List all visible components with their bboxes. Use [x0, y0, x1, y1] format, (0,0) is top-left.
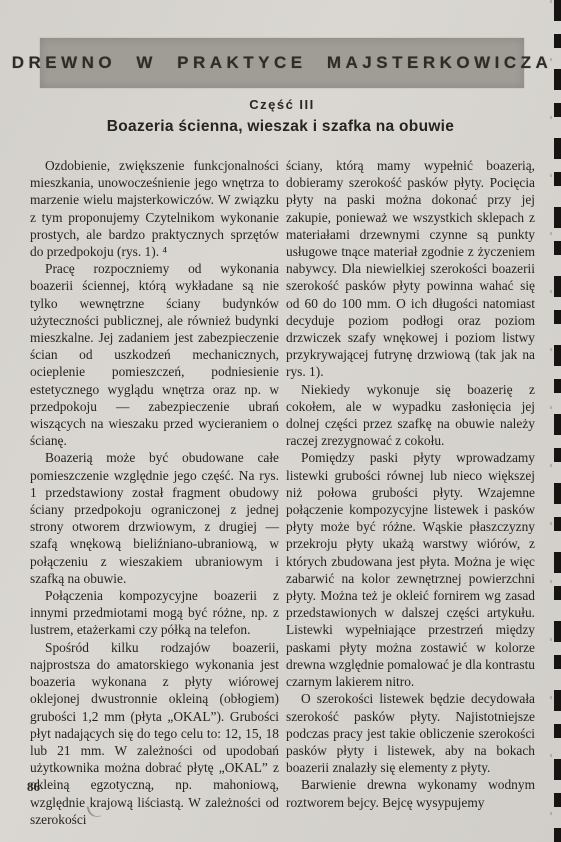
paragraph: Boazerią może być obudowane całe pomiesz…	[30, 449, 279, 587]
magazine-page: DREWNO W PRAKTYCE MAJSTERKOWICZA Część I…	[0, 0, 561, 842]
paragraph: Ozdobienie, zwiększenie funkcjonalności …	[30, 157, 279, 260]
section-banner-title: DREWNO W PRAKTYCE MAJSTERKOWICZA	[12, 53, 553, 73]
paragraph: Pracę rozpoczniemy od wykonania boazerii…	[30, 260, 279, 449]
part-label: Część III	[40, 97, 524, 112]
scan-edge-ticks	[550, 0, 552, 842]
right-column: ściany, którą mamy wypełnić boazerią, do…	[286, 157, 535, 811]
paragraph: Niekiedy wykonuje się boazerię z cokołem…	[286, 381, 535, 450]
film-edge-marks	[554, 0, 561, 842]
paragraph: Pomiędzy paski płyty wprowadzamy listewk…	[286, 449, 535, 690]
paragraph: Spośród kilku rodzajów boazerii, najpros…	[30, 639, 279, 828]
paragraph: O szerokości listewek będzie decydowała …	[286, 690, 535, 776]
paragraph: Połączenia kompozycyjne boazerii z innym…	[30, 587, 279, 639]
left-column: Ozdobienie, zwiększenie funkcjonalności …	[30, 157, 279, 828]
paragraph: Barwienie drewna wykonamy wodnym roztwor…	[286, 776, 535, 810]
section-banner: DREWNO W PRAKTYCE MAJSTERKOWICZA	[40, 38, 524, 88]
article-title: Boazeria ścienna, wieszak i szafka na ob…	[0, 118, 561, 136]
page-number: 86	[27, 779, 40, 795]
paragraph: ściany, którą mamy wypełnić boazerią, do…	[286, 157, 535, 381]
